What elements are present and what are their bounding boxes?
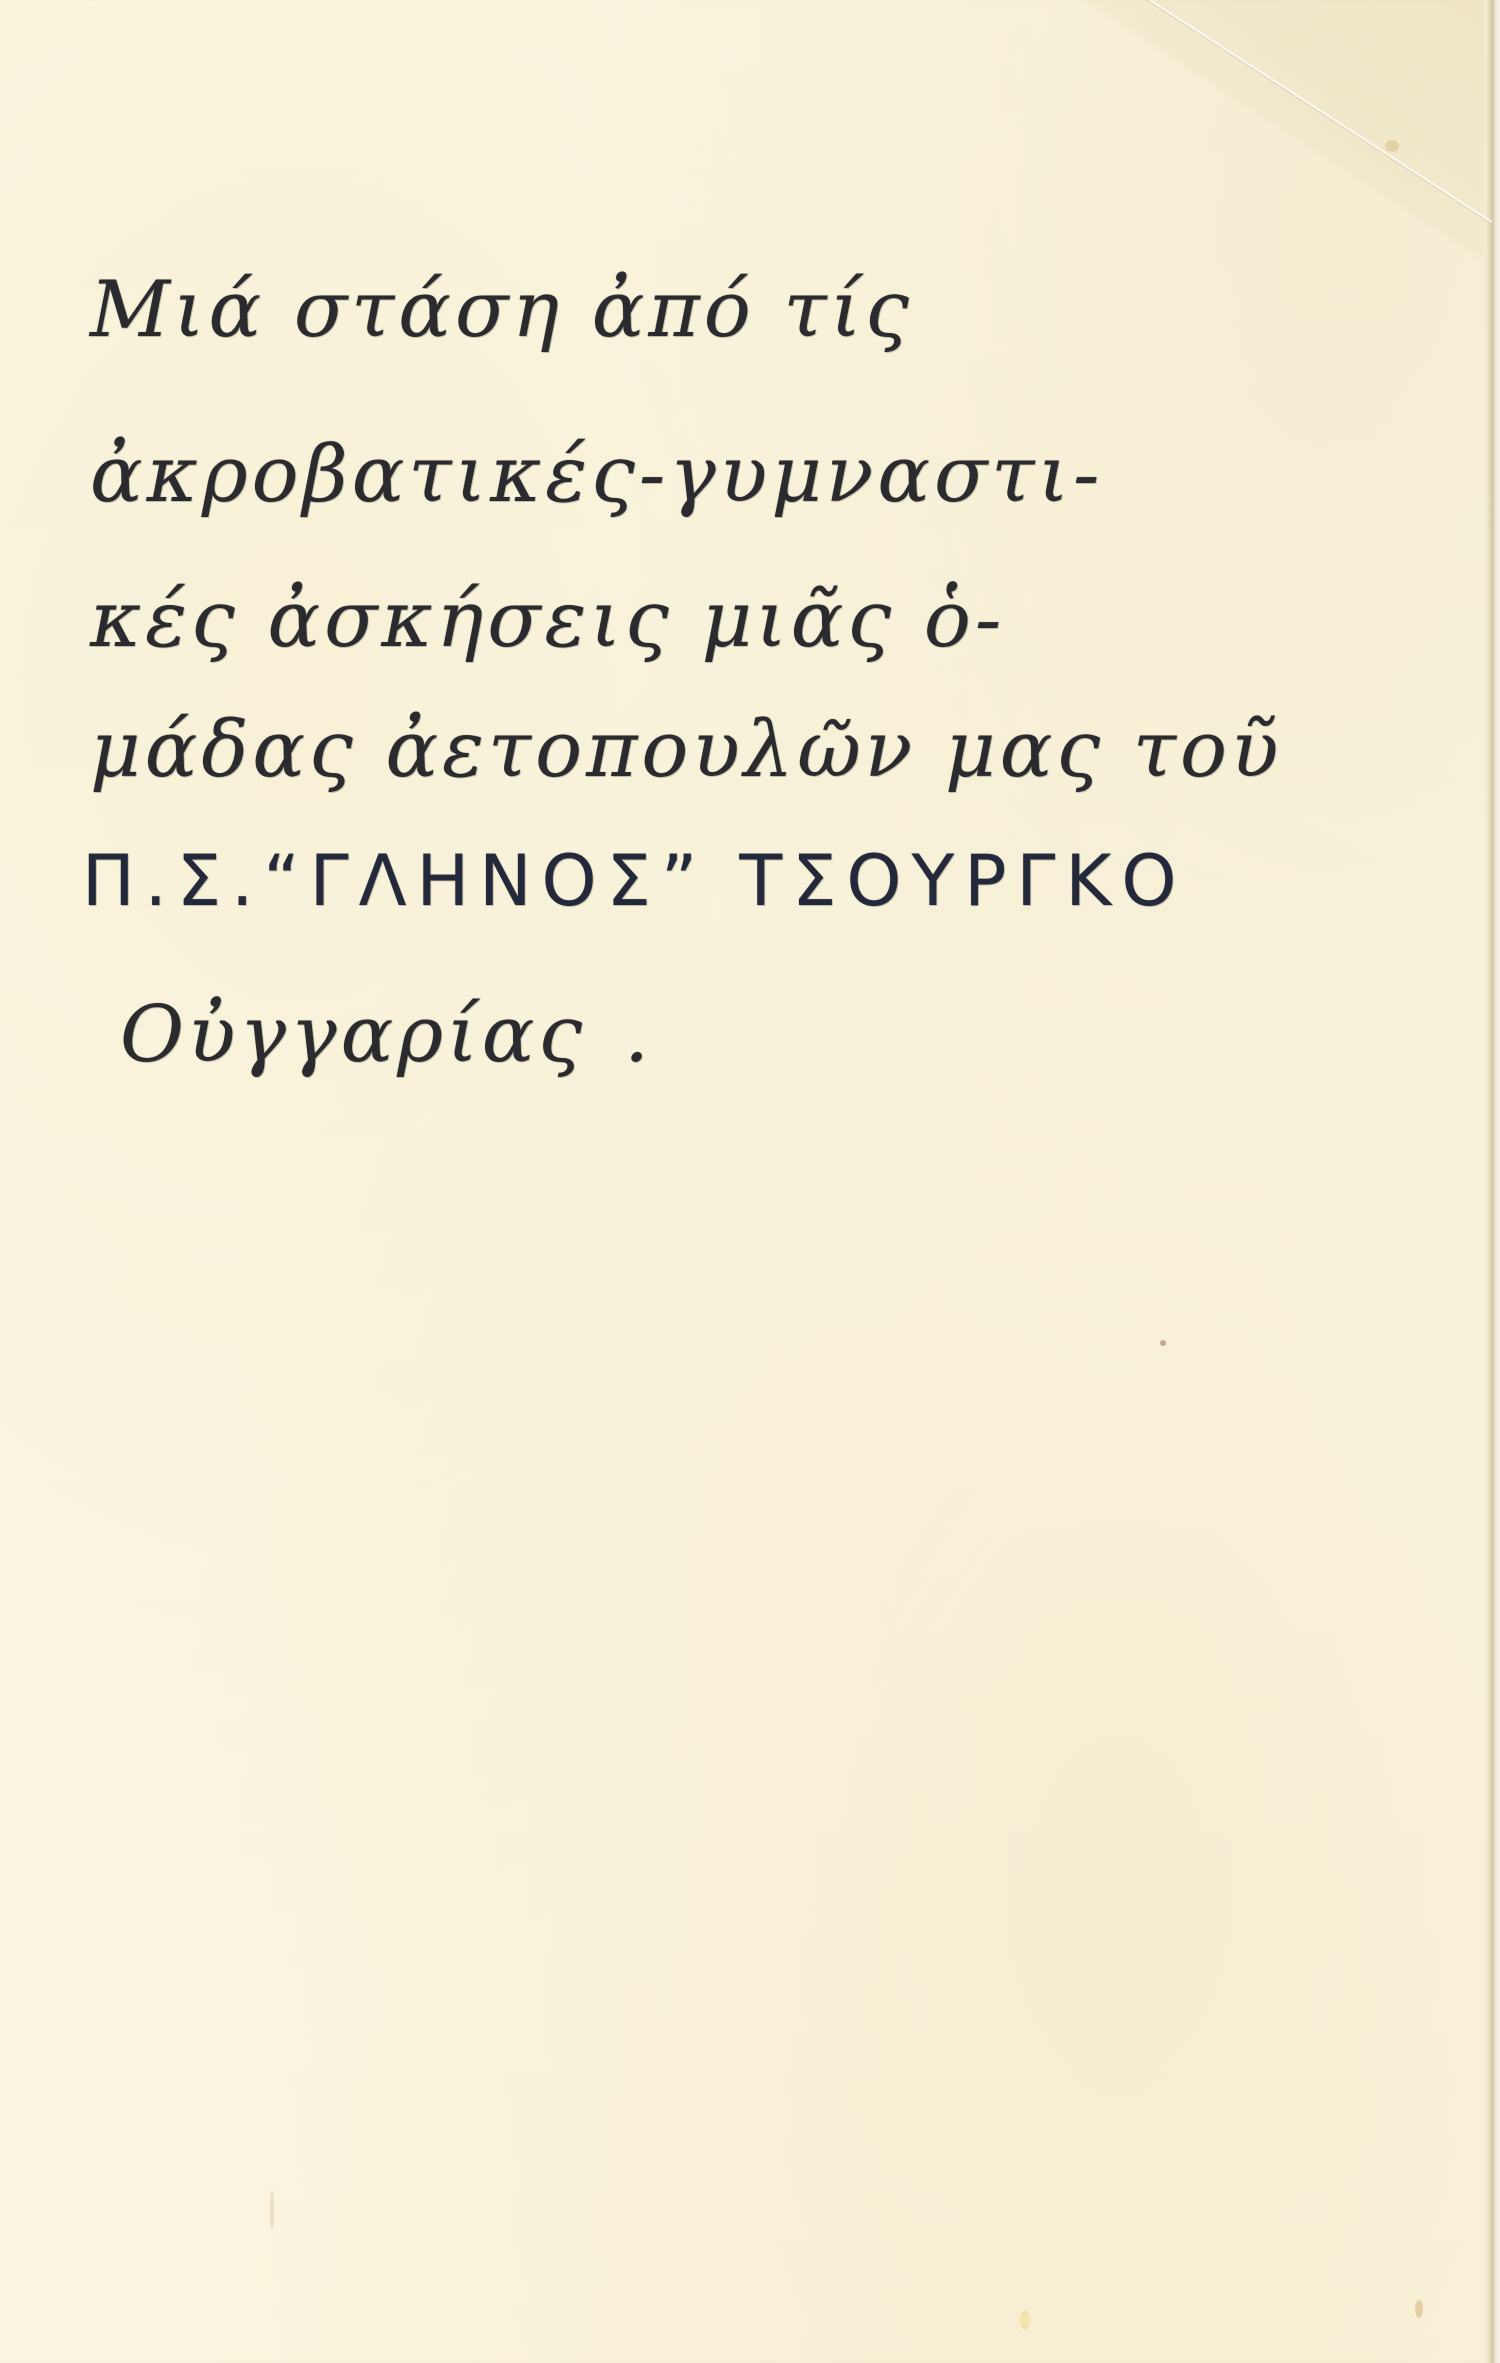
inscription-line-1: Μιά στάση ἀπό τίς: [90, 265, 913, 355]
foxing-spot: [1160, 1340, 1166, 1346]
inscription-period: .: [624, 990, 653, 1080]
foxing-spot: [270, 2190, 274, 2230]
card-edge: [1492, 0, 1500, 2363]
inscription-line-3: κές ἀσκήσεις μιᾶς ὁ-: [90, 575, 1005, 665]
inscription-line-6: Οὐγγαρίας.: [120, 990, 653, 1080]
foxing-spot: [1020, 2310, 1030, 2330]
foxing-spot: [1415, 2300, 1423, 2318]
inscription-line-5: Π.Σ.“ΓΛΗΝΟΣ” ΤΣΟΥΡΓΚΟ: [82, 840, 1186, 922]
inscription-line-4: μάδας ἀετοπουλῶν μας τοῦ: [90, 705, 1282, 795]
corner-discoloration: [1064, 0, 1484, 300]
foxing-spot: [1385, 140, 1399, 152]
photo-card-back: Μιά στάση ἀπό τίς ἀκροβατικές-γυμναστι- …: [0, 0, 1492, 2363]
inscription-line-2: ἀκροβατικές-γυμναστι-: [90, 430, 1103, 520]
inscription-word-country: Οὐγγαρίας: [120, 990, 586, 1080]
